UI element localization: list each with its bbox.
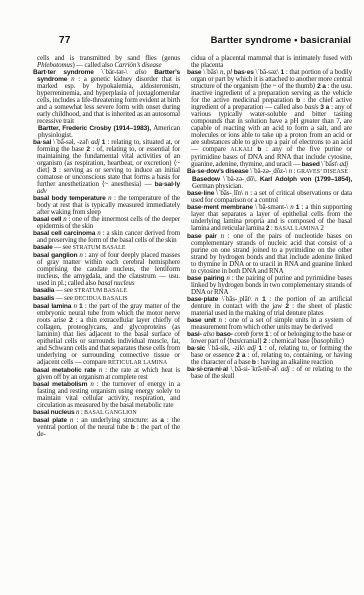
dictionary-entry: Bart·ter syndrome \ˈbär-tər-\ also Bartt…: [33, 69, 180, 125]
dictionary-entry: ba·sal \ˈbā-səl, -zəl\ adj 1 : relating …: [33, 139, 180, 195]
dictionary-entry: base·line \ˈbās-ˌlīn\ n : a set of criti…: [187, 190, 352, 204]
dictionary-entry: basal body temperature n : the temperatu…: [33, 195, 180, 216]
bold-text: based: [301, 161, 321, 168]
plain-text: : one of the pairs of nucleotide bases o…: [191, 232, 352, 275]
plain-text: \ˌbā-si-ˈkrā-nē-əl\: [231, 365, 281, 373]
small-caps-cross-reference: GRAVES’ DISEASE: [297, 169, 348, 175]
bold-text: basale: [33, 244, 54, 251]
biographical-note: Basedow \ˈbä-zə-ˌdō\, Karl Adolph von (1…: [187, 176, 352, 190]
dictionary-entry: base \ˈbās\ n, pl bas·es \ˈbā-səz\ 1 : t…: [187, 69, 352, 168]
dictionary-entry: basal metabolic rate n : the rate at whi…: [33, 367, 180, 381]
bold-text: ba·sal·ly: [155, 181, 180, 188]
dictionary-page: 77 Bartter syndrome • basicranial cells …: [0, 0, 364, 595]
text-columns: cells and is transmitted by sand flies (…: [33, 55, 352, 438]
italic-text: adj: [340, 160, 349, 168]
dictionary-entry: basal cell carcinoma n : a skin cancer d…: [33, 230, 180, 244]
plain-text: — see: [54, 243, 72, 251]
running-head: Bartter syndrome • basicranial: [110, 35, 351, 46]
page-number: 77: [59, 35, 71, 46]
column-right: cidua of a placental mammal that is inti…: [187, 55, 352, 380]
dictionary-entry: basal plate n : an underlying structure:…: [33, 417, 180, 438]
dictionary-entry: base·plate \ˈbās-ˌplāt\ n 1 : the portio…: [187, 296, 352, 317]
dictionary-entry: ba·sic \ˈbā-sik, -zik\ adj 1 : of, relat…: [187, 345, 352, 366]
dictionary-entry: base pairing n : the pairing of purine a…: [187, 275, 352, 296]
bold-text: basalia: [33, 287, 56, 294]
bold-text: basal nucleus: [33, 409, 76, 416]
dictionary-entry: basal cell n : one of the innermost cell…: [33, 216, 180, 230]
italic-text: Phlebotomus: [37, 61, 72, 69]
bold-text: Ba·se·dow’s disease: [187, 168, 250, 175]
plain-text: — see: [56, 286, 74, 294]
dictionary-entry: base unit n : one of a set of simple uni…: [187, 317, 352, 331]
column-left: cells and is transmitted by sand flies (…: [33, 55, 180, 438]
plain-text: : a thin extracellular layer chiefly of …: [37, 316, 180, 366]
plain-text: \ˈbāst\: [321, 160, 339, 168]
plain-text: 2: [320, 224, 323, 232]
entry-continuation: cidua of a placental mammal that is inti…: [187, 55, 352, 69]
dictionary-entry: basal lamina n 1 : the part of the gray …: [33, 303, 180, 367]
dictionary-entry: basi- also baso- comb form 1 : of or bel…: [187, 331, 352, 345]
plain-text: cidua of a placental mammal that is inti…: [191, 54, 352, 69]
dictionary-entry: basal ganglion n : any of four deeply pl…: [33, 252, 180, 287]
bold-text: Karl Adolph von (1799–1854),: [260, 176, 352, 183]
dictionary-entry: base pair n : one of the pairs of nucleo…: [187, 233, 352, 275]
bold-text: basalis: [33, 295, 56, 302]
plain-text: \ˈbä-zə-ˌdōz-\: [250, 167, 289, 175]
italic-text: adj: [281, 365, 292, 373]
entry-continuation: cells and is transmitted by sand flies (…: [33, 55, 180, 69]
dictionary-entry: ba·si·cra·ni·al \ˌbā-si-ˈkrā-nē-əl\ adj …: [187, 366, 352, 380]
dictionary-entry: Ba·se·dow’s disease \ˈbä-zə-ˌdōz-\ n : G…: [187, 168, 352, 176]
biographical-note: Bartter, Frederic Crosby (1914–1983), Am…: [33, 125, 180, 139]
italic-text: adv: [37, 187, 47, 195]
dictionary-entry: base·ment membrane \ˈbā-smənt-\ n 1 : a …: [187, 204, 352, 233]
italic-text: basal nucleus: [98, 279, 135, 287]
plain-text: — see: [56, 294, 74, 302]
bold-text: b: [257, 146, 265, 153]
dictionary-entry: basal metabolism n : the turnover of ene…: [33, 381, 180, 409]
plain-text: : a genetic kidney disorder that is mark…: [37, 75, 180, 125]
small-caps-cross-reference: STRATUM BASALE: [74, 288, 127, 294]
